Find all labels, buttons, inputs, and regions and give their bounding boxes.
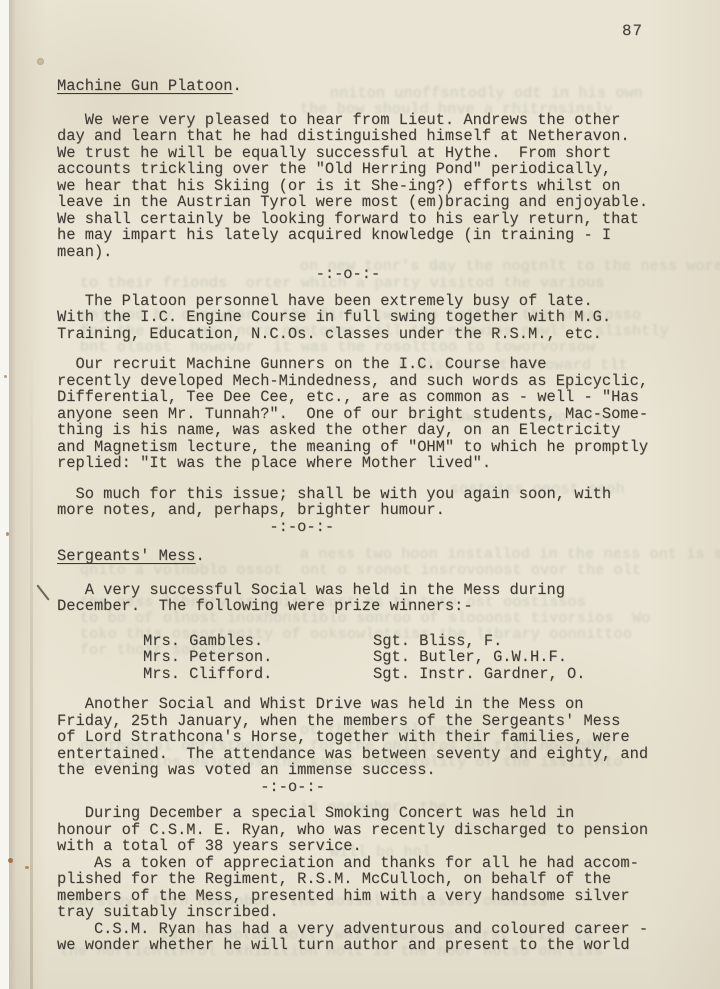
section-separator: -:-o-:- (57, 266, 675, 283)
text-line: Our recruit Machine Gunners on the I.C. … (57, 356, 675, 373)
text-line: A very successful Social was held in the… (57, 582, 675, 599)
section-heading-period: . (232, 77, 241, 95)
section-heading-text: Machine Gun Platoon (57, 77, 232, 95)
rust-speck (6, 532, 9, 536)
text-line: replied: "It was the place where Mother … (57, 455, 675, 472)
prize-winner-lady: Mrs. Peterson. (143, 649, 373, 666)
prize-winner-row: Mrs. Clifford.Sgt. Instr. Gardner, O. (57, 666, 675, 683)
paragraph: During December a special Smoking Concer… (57, 805, 675, 954)
text-line: we hear that his Skiing (or is it She-in… (57, 178, 675, 195)
text-line: As a token of appreciation and thanks fo… (57, 855, 675, 872)
text-line: accounts trickling over the "Old Herring… (57, 161, 675, 178)
text-line: honour of C.S.M. E. Ryan, who was recent… (57, 822, 675, 839)
prize-winner-sergeant: Sgt. Butler, G.W.H.F. (373, 648, 567, 666)
section-heading-text: Sergeants' Mess (57, 547, 196, 565)
prize-winner-lady: Mrs. Clifford. (143, 666, 373, 683)
text-line: C.S.M. Ryan has had a very adventurous a… (57, 921, 675, 938)
section-heading: Machine Gun Platoon. (57, 78, 675, 95)
rust-speck (4, 375, 7, 378)
page-number: 87 (622, 22, 643, 40)
text-line: We trust he will be equally successful a… (57, 145, 675, 162)
page-edge-crease (30, 340, 33, 989)
section-separator: -:-o-:- (57, 519, 675, 536)
text-line: During December a special Smoking Concer… (57, 805, 675, 822)
text-line: thing is his name, was asked the other d… (57, 422, 675, 439)
prize-winner-sergeant: Sgt. Instr. Gardner, O. (373, 665, 585, 683)
paragraph: A very successful Social was held in the… (57, 582, 675, 615)
prize-winner-row: Mrs. Peterson.Sgt. Butler, G.W.H.F. (57, 649, 675, 666)
scanned-document-page: 87 Machine Gun Platoon. We were very ple… (0, 0, 720, 989)
text-line: day and learn that he had distinguished … (57, 128, 675, 145)
prize-winners-list: Mrs. Gambles.Sgt. Bliss, F.Mrs. Peterson… (57, 633, 675, 683)
text-line: With the I.C. Engine Course in full swin… (57, 309, 675, 326)
paragraph: We were very pleased to hear from Lieut.… (57, 112, 675, 261)
text-line: and Magnetism lecture, the meaning of "O… (57, 439, 675, 456)
text-line: plished for the Regiment, R.S.M. McCullo… (57, 871, 675, 888)
prize-winner-sergeant: Sgt. Bliss, F. (373, 632, 502, 650)
text-line: recently developed Mech-Mindedness, and … (57, 373, 675, 390)
rust-speck (8, 858, 13, 863)
text-line: We were very pleased to hear from Lieut.… (57, 112, 675, 129)
section-heading-period: . (196, 547, 205, 565)
text-line: Another Social and Whist Drive was held … (57, 696, 675, 713)
paragraph: Our recruit Machine Gunners on the I.C. … (57, 356, 675, 472)
section-heading: Sergeants' Mess. (57, 548, 675, 565)
paragraph: Another Social and Whist Drive was held … (57, 696, 675, 779)
text-line: The Platoon personnel have been extremel… (57, 293, 675, 310)
text-line: Differential, Tee Dee Cee, etc., are as … (57, 389, 675, 406)
text-line: with a total of 38 years service. (57, 838, 675, 855)
text-line: we wonder whether he will turn author an… (57, 937, 675, 954)
text-line: the evening was voted an immense success… (57, 762, 675, 779)
text-line: So much for this issue; shall be with yo… (57, 486, 675, 503)
section-separator: -:-o-:- (57, 779, 675, 796)
paper-stain-dot (37, 58, 44, 65)
text-line: more notes, and, perhaps, brighter humou… (57, 502, 675, 519)
text-line: December. The following were prize winne… (57, 598, 675, 615)
text-line: entertained. The attendance was between … (57, 746, 675, 763)
pencil-check-mark (36, 584, 49, 600)
page-edge-seam (9, 0, 16, 989)
text-line: members of the Mess, presented him with … (57, 888, 675, 905)
text-line: leave in the Austrian Tyrol were most (e… (57, 194, 675, 211)
text-line: We shall certainly be looking forward to… (57, 211, 675, 228)
prize-winner-lady: Mrs. Gambles. (143, 633, 373, 650)
text-line: mean). (57, 244, 675, 261)
text-line: he may impart his lately acquired knowle… (57, 227, 675, 244)
text-line: Friday, 25th January, when the members o… (57, 713, 675, 730)
prize-winner-row: Mrs. Gambles.Sgt. Bliss, F. (57, 633, 675, 650)
rust-speck (25, 866, 29, 869)
page-edge-white-strip (0, 0, 9, 989)
text-line: Training, Education, N.C.Os. classes und… (57, 326, 675, 343)
text-line: tray suitably inscribed. (57, 904, 675, 921)
text-line: of Lord Strathcona's Horse, together wit… (57, 729, 675, 746)
paragraph: So much for this issue; shall be with yo… (57, 486, 675, 519)
paragraph: The Platoon personnel have been extremel… (57, 293, 675, 343)
text-line: anyone seen Mr. Tunnah?". One of our bri… (57, 406, 675, 423)
document: Machine Gun Platoon. We were very please… (57, 78, 675, 954)
